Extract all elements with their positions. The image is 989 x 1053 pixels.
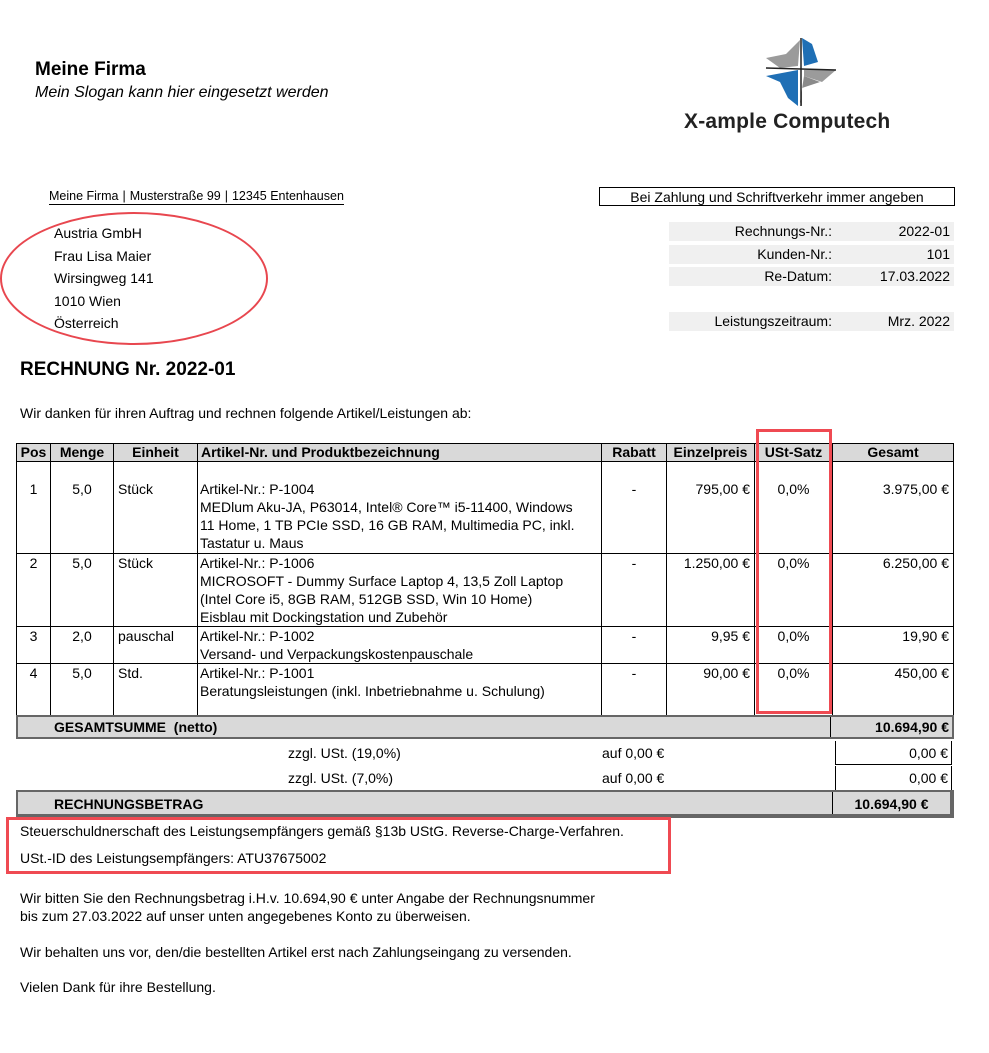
thanks-note: Vielen Dank für ihre Bestellung. [20,978,216,996]
cell-description: Artikel-Nr.: P-1006 MICROSOFT - Dummy Su… [198,554,602,627]
meta-value: 101 [927,245,950,264]
cell-description: Artikel-Nr.: P-1004 MEDlum Aku-JA, P6301… [198,462,602,554]
cell-unit: pauschal [114,627,198,664]
meta-value: 17.03.2022 [880,267,950,286]
net-total-bar: GESAMTSUMME (netto) 10.694,90 € [16,715,954,739]
cell-total: 19,90 € [833,627,954,664]
cell-discount: - [602,462,667,554]
col-header-pos: Pos [17,444,51,462]
intro-text: Wir danken für ihren Auftrag und rechnen… [20,405,471,421]
company-slogan: Mein Slogan kann hier eingesetzt werden [35,84,329,102]
desc-line: Eisblau mit Dockingstation und Zubehör [200,608,597,626]
cell-unit-price: 795,00 € [667,462,755,554]
cell-unit: Std. [114,664,198,717]
cell-qty: 2,0 [51,627,114,664]
cell-unit-price: 90,00 € [667,664,755,717]
meta-label: Rechnungs-Nr.: [735,222,832,241]
reference-notice: Bei Zahlung und Schriftverkehr immer ang… [599,187,955,206]
recipient-vat-id: USt.-ID des Leistungsempfängers: ATU3767… [20,850,326,866]
desc-line: 11 Home, 1 TB PCIe SSD, 16 GB RAM, Multi… [200,516,597,534]
company-name: Meine Firma [35,59,146,81]
recipient-city: 1010 Wien [54,290,154,313]
recipient-contact: Frau Lisa Maier [54,245,154,268]
meta-customer-number: Kunden-Nr.: 101 [669,245,954,264]
recipient-address: Austria GmbH Frau Lisa Maier Wirsingweg … [54,222,154,335]
sender-name: Meine Firma [49,189,118,203]
vat-column-highlight [756,429,832,714]
cell-discount: - [602,664,667,717]
payment-request: Wir bitten Sie den Rechnungsbetrag i.H.v… [20,889,595,925]
tax-value: 0,00 € [835,766,952,790]
cell-qty: 5,0 [51,462,114,554]
cell-pos: 1 [17,462,51,554]
cell-qty: 5,0 [51,664,114,717]
sender-street: Musterstraße 99 [130,189,221,203]
cell-pos: 2 [17,554,51,627]
col-header-unit: Einheit [114,444,198,462]
recipient-company: Austria GmbH [54,222,154,245]
desc-line: Artikel-Nr.: P-1004 [200,480,597,498]
desc-line: Tastatur u. Maus [200,534,597,552]
sender-city: 12345 Entenhausen [232,189,344,203]
desc-line: MICROSOFT - Dummy Surface Laptop 4, 13,5… [200,572,597,590]
cell-total: 450,00 € [833,664,954,717]
tax-base: auf 0,00 € [602,741,664,765]
col-header-unit-price: Einzelpreis [667,444,755,462]
meta-value: Mrz. 2022 [888,312,950,331]
col-header-description: Artikel-Nr. und Produktbezeichnung [198,444,602,462]
desc-line: Versand- und Verpackungskostenpauschale [200,645,597,663]
cell-unit: Stück [114,554,198,627]
tax-value: 0,00 € [835,741,952,765]
reverse-charge-note: Steuerschuldnerschaft des Leistungsempfä… [20,823,624,839]
desc-line: Artikel-Nr.: P-1002 [200,627,597,645]
desc-line: Artikel-Nr.: P-1001 [200,664,597,682]
gross-total-value: 10.694,90 € [832,792,950,814]
net-total-value: 10.694,90 € [830,717,949,737]
cell-pos: 3 [17,627,51,664]
logo-text: X-ample Computech [684,110,890,134]
cell-pos: 4 [17,664,51,717]
invoice-title: RECHNUNG Nr. 2022-01 [20,359,235,381]
tax-row-19: zzgl. USt. (19,0%) auf 0,00 € 0,00 € [16,741,954,765]
cell-total: 6.250,00 € [833,554,954,627]
col-header-discount: Rabatt [602,444,667,462]
separator: | [118,189,129,203]
sender-address-line: Meine Firma|Musterstraße 99|12345 Entenh… [49,189,344,205]
recipient-country: Österreich [54,312,154,335]
gross-total-bar: RECHNUNGSBETRAG 10.694,90 € [16,790,954,818]
cross-arrows-logo-icon [760,36,840,108]
meta-service-period: Leistungszeitraum: Mrz. 2022 [669,312,954,331]
desc-line: (Intel Core i5, 8GB RAM, 512GB SSD, Win … [200,590,597,608]
cell-unit: Stück [114,462,198,554]
desc-line: Artikel-Nr.: P-1006 [200,554,597,572]
payment-request-line: Wir bitten Sie den Rechnungsbetrag i.H.v… [20,889,595,907]
cell-total: 3.975,00 € [833,462,954,554]
cell-qty: 5,0 [51,554,114,627]
meta-label: Leistungszeitraum: [714,312,832,331]
meta-invoice-number: Rechnungs-Nr.: 2022-01 [669,222,954,241]
meta-value: 2022-01 [899,222,950,241]
tax-label: zzgl. USt. (19,0%) [288,741,401,765]
net-total-label: GESAMTSUMME (netto) [54,717,217,738]
meta-label: Kunden-Nr.: [757,245,832,264]
gross-total-label: RECHNUNGSBETRAG [54,794,203,815]
cell-unit-price: 9,95 € [667,627,755,664]
col-header-total: Gesamt [833,444,954,462]
col-header-qty: Menge [51,444,114,462]
cell-description: Artikel-Nr.: P-1002 Versand- und Verpack… [198,627,602,664]
separator: | [221,189,232,203]
meta-label: Re-Datum: [764,267,832,286]
meta-invoice-date: Re-Datum: 17.03.2022 [669,267,954,286]
payment-request-line: bis zum 27.03.2022 auf unser unten angeg… [20,907,595,925]
cell-unit-price: 1.250,00 € [667,554,755,627]
tax-row-7: zzgl. USt. (7,0%) auf 0,00 € 0,00 € [16,766,954,790]
tax-label: zzgl. USt. (7,0%) [288,766,393,790]
recipient-street: Wirsingweg 141 [54,267,154,290]
tax-base: auf 0,00 € [602,766,664,790]
cell-description: Artikel-Nr.: P-1001 Beratungsleistungen … [198,664,602,717]
desc-line: MEDlum Aku-JA, P63014, Intel® Core™ i5-1… [200,498,597,516]
desc-line: Beratungsleistungen (inkl. Inbetriebnahm… [200,682,597,700]
cell-discount: - [602,627,667,664]
shipping-note: Wir behalten uns vor, den/die bestellten… [20,943,572,961]
cell-discount: - [602,554,667,627]
